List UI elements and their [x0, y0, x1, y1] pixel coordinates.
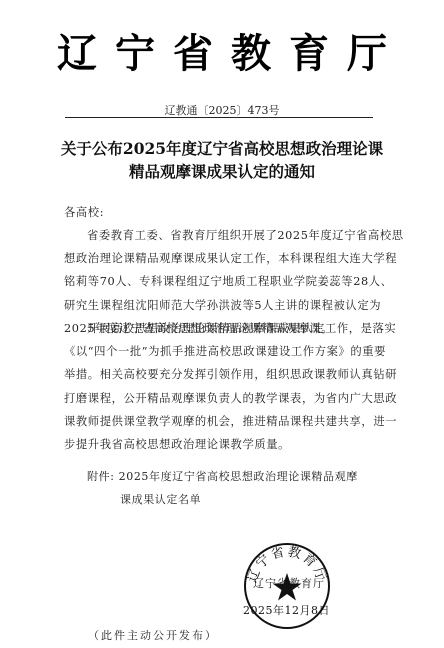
title-line-1: 关于公布2025年度辽宁省高校思想政治理论课 — [40, 137, 404, 160]
document-number: 辽教通〔2025〕473号 — [0, 102, 444, 118]
attachment-title: 2025年度辽宁省高校思想政治理论课精品观摩 — [119, 470, 358, 483]
paragraph-line: 举措。相关高校要充分发挥引领作用，组织思政课教师认真钻研 — [64, 363, 386, 386]
attachment-label: 附件: — [87, 470, 115, 483]
paragraph-line: 铭莉等70人、专科课程组辽宁地质工程职业学院姜蕊等28人、 — [64, 270, 386, 293]
paragraph-line: 步提升我省高校思想政治理论课教学质量。 — [64, 433, 386, 456]
title-line-2: 精品观摩课成果认定的通知 — [40, 160, 404, 183]
paragraph-line: 打磨课程，公开精品观摩课负责人的教学课表，为省内广大思政 — [64, 387, 386, 410]
salutation: 各高校: — [64, 201, 386, 224]
star-icon — [273, 573, 302, 601]
paragraph-2: 开展高校思想政治理论课精品观摩课成果认定工作，是落实 《以“四个一批”为抓手推进… — [64, 317, 386, 456]
document-title: 关于公布2025年度辽宁省高校思想政治理论课 精品观摩课成果认定的通知 — [40, 137, 404, 183]
paragraph-line: 课教师提供课堂教学观摩的机会，推进精品课程共建共享，进一 — [64, 410, 386, 433]
paragraph-line: 《以“四个一批”为抓手推进高校思政课建设工作方案》的重要 — [64, 340, 386, 363]
attachment-title-cont: 课成果认定名单 — [87, 488, 358, 511]
paragraph-line: 省委教育工委、省教育厅组织开展了2025年度辽宁省高校思 — [64, 224, 386, 247]
public-release-note: （此件主动公开发布） — [88, 627, 218, 643]
organization-header: 辽宁省教育厅 — [0, 22, 444, 79]
header-divider — [65, 117, 373, 118]
issue-date: 2025年12月8日 — [243, 602, 330, 618]
paragraph-line: 开展高校思想政治理论课精品观摩课成果认定工作，是落实 — [64, 317, 386, 340]
paragraph-line: 研究生课程组沈阳师范大学孙洪波等5人主讲的课程被认定为 — [64, 294, 386, 317]
attachment: 附件: 2025年度辽宁省高校思想政治理论课精品观摩 课成果认定名单 — [87, 465, 358, 511]
paragraph-line: 想政治理论课精品观摩课成果认定工作，本科课程组大连大学程 — [64, 247, 386, 270]
